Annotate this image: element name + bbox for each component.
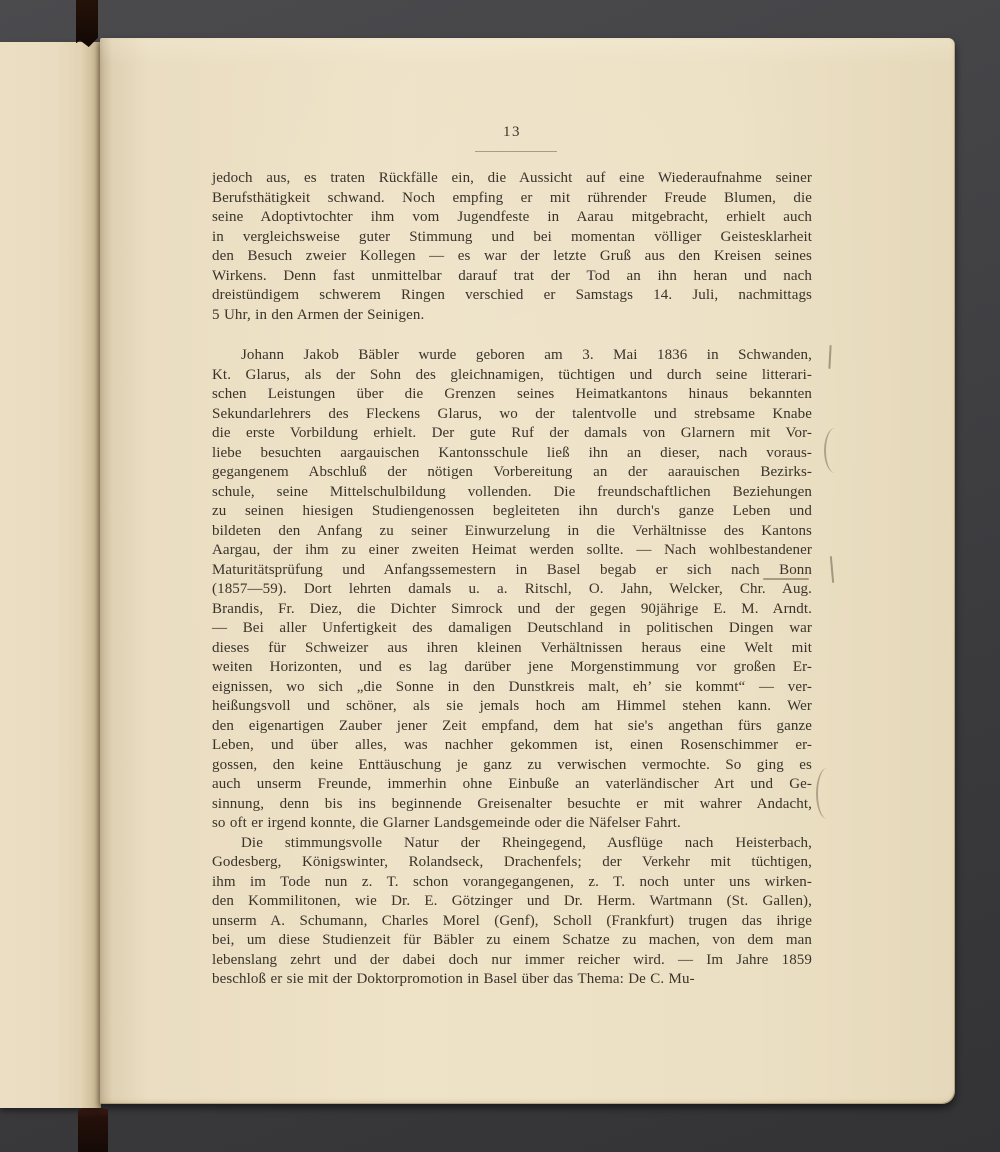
text-line: bildeten den Anfang zu seiner Einwurzelu… (212, 522, 812, 542)
page-number: 13 (212, 124, 812, 141)
previous-page-edge (0, 42, 101, 1108)
bookmark-ribbon-top (76, 0, 98, 47)
text-line: 5 Uhr, in den Armen der Seinigen. (212, 306, 812, 326)
text-line: den eigenartigen Zauber jener Zeit empfa… (212, 717, 812, 737)
paragraph: Die stimmungsvolle Natur der Rheingegend… (212, 834, 812, 990)
text-line: Berufsthätigkeit schwand. Noch empfing e… (212, 189, 812, 209)
text-line: liebe besuchten aargauischen Kantonsschu… (212, 444, 812, 464)
pencil-margin-stroke (828, 345, 831, 369)
text-line: Brandis, Fr. Diez, die Dichter Simrock u… (212, 600, 812, 620)
text-line: schule, seine Mittelschulbildung vollend… (212, 483, 812, 503)
pencil-underline-bonn (763, 578, 809, 580)
text-line: bei, um diese Studienzeit für Bäbler zu … (212, 931, 812, 951)
text-line: seine Adoptivtochter ihm vom Jugendfeste… (212, 208, 812, 228)
text-line: Wirkens. Denn fast unmittelbar darauf tr… (212, 267, 812, 287)
text-line: Leben, und über alles, was nachher gekom… (212, 736, 812, 756)
text-line: dreistündigem schwerem Ringen verschied … (212, 286, 812, 306)
text-line: den Kommilitonen, wie Dr. E. Götzinger u… (212, 892, 812, 912)
text-line: auch unserm Freunde, immerhin ohne Einbu… (212, 775, 812, 795)
text-line: Kt. Glarus, als der Sohn des gleichnamig… (212, 366, 812, 386)
bookmark-ribbon-bottom (78, 1106, 108, 1152)
page-number-rule (475, 151, 557, 152)
text-line: weiten Horizonten, und es lag darüber je… (212, 658, 812, 678)
text-line: Godesberg, Königswinter, Rolandseck, Dra… (212, 853, 812, 873)
text-line: gossen, den keine Enttäuschung je ganz z… (212, 756, 812, 776)
text-line: heißungsvoll und schöner, als sie jemals… (212, 697, 812, 717)
text-line: Johann Jakob Bäbler wurde geboren am 3. … (212, 346, 812, 366)
body-text: jedoch aus, es traten Rückfälle ein, die… (212, 169, 812, 990)
pencil-margin-stroke (830, 556, 834, 583)
text-line: dieses für Schweizer aus ihren kleinen V… (212, 639, 812, 659)
text-line: lebenslang zehrt und der dabei doch nur … (212, 951, 812, 971)
book-page: 13 jedoch aus, es traten Rückfälle ein, … (100, 38, 955, 1104)
text-line: Maturitätsprüfung und Anfangssemestern i… (212, 561, 812, 581)
text-line: die erste Vorbildung erhielt. Der gute R… (212, 424, 812, 444)
text-line: Die stimmungsvolle Natur der Rheingegend… (212, 834, 812, 854)
scanner-backdrop: 13 jedoch aus, es traten Rückfälle ein, … (0, 0, 1000, 1152)
text-line: schen Leistungen über die Grenzen seines… (212, 385, 812, 405)
text-line: zu seinen hiesigen Studiengenossen begle… (212, 502, 812, 522)
text-line: unserm A. Schumann, Charles Morel (Genf)… (212, 912, 812, 932)
text-line: den Besuch zweier Kollegen — es war der … (212, 247, 812, 267)
text-line: so oft er irgend konnte, die Glarner Lan… (212, 814, 812, 834)
pencil-margin-bracket (816, 768, 827, 819)
paragraph: Johann Jakob Bäbler wurde geboren am 3. … (212, 346, 812, 834)
text-line: — Bei aller Unfertigkeit des damaligen D… (212, 619, 812, 639)
text-line: sinnung, denn bis ins beginnende Greisen… (212, 795, 812, 815)
text-line: eignissen, wo sich „die Sonne in den Dun… (212, 678, 812, 698)
text-line: beschloß er sie mit der Doktorpromotion … (212, 970, 812, 990)
paragraph: jedoch aus, es traten Rückfälle ein, die… (212, 169, 812, 325)
text-line: gegangenem Abschluß der nötigen Vorberei… (212, 463, 812, 483)
text-line: ihm im Tode nun z. T. schon vorangegange… (212, 873, 812, 893)
text-line: jedoch aus, es traten Rückfälle ein, die… (212, 169, 812, 189)
text-line: in vergleichsweise guter Stimmung und be… (212, 228, 812, 248)
text-line: (1857—59). Dort lehrten damals u. a. Rit… (212, 580, 812, 600)
pencil-margin-bracket (824, 428, 835, 473)
text-line: Aargau, der ihm zu einer zweiten Heimat … (212, 541, 812, 561)
text-line: Sekundarlehrers des Fleckens Glarus, wo … (212, 405, 812, 425)
